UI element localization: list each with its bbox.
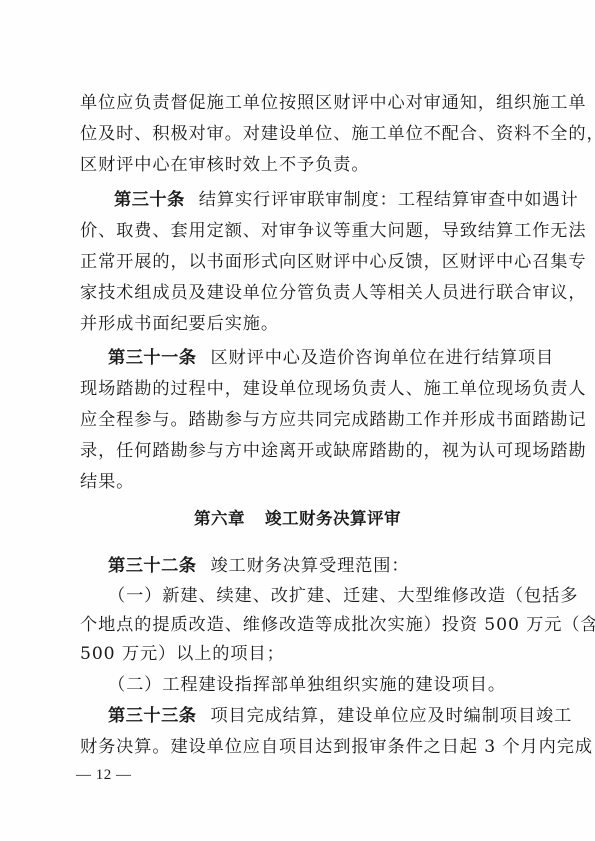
text-line: 位及时、积极对审。对建设单位、施工单位不配合、资料不全的， bbox=[80, 123, 514, 145]
text-line: 正常开展的，以书面形式向区财评中心反馈，区财评中心召集专 bbox=[80, 251, 514, 273]
text-fragment: 项目完成结算，建设单位应及时编制项目竣工 bbox=[210, 706, 572, 726]
chapter-heading: 第六章竣工财务决算评审 bbox=[0, 508, 595, 530]
text-line: （一）新建、续建、改扩建、迁建、大型维修改造（包括多 bbox=[108, 585, 514, 607]
text-line: 应全程参与。踏勘参与方应共同完成踏勘工作并形成书面踏勘记 bbox=[80, 409, 514, 431]
text-line: 区财评中心在审核时效上不予负责。 bbox=[80, 154, 514, 176]
article-number: 第三十三条 bbox=[108, 706, 196, 726]
text-line: 单位应负责督促施工单位按照区财评中心对审通知，组织施工单 bbox=[80, 92, 514, 114]
article-31-first-line: 第三十一条区财评中心及造价咨询单位在进行结算项目 bbox=[108, 347, 514, 369]
text-line: 家技术组成员及建设单位分管负责人等相关人员进行联合审议， bbox=[80, 282, 514, 304]
chapter-title: 竣工财务决算评审 bbox=[265, 509, 401, 528]
article-number: 第三十条 bbox=[114, 190, 185, 210]
document-page: 单位应负责督促施工单位按照区财评中心对审通知，组织施工单 位及时、积极对审。对建… bbox=[0, 0, 595, 841]
text-line: 个地点的提质改造、维修改造等成批次实施）投资 500 万元（含 bbox=[80, 614, 514, 636]
text-line: 500 万元）以上的项目； bbox=[80, 643, 514, 665]
article-30-first-line: 第三十条结算实行评审联审制度：工程结算审查中如遇计 bbox=[114, 189, 514, 211]
text-line: 现场踏勘的过程中，建设单位现场负责人、施工单位现场负责人 bbox=[80, 378, 514, 400]
text-line: 录，任何踏勘参与方中途离开或缺席踏勘的，视为认可现场踏勘 bbox=[80, 440, 514, 462]
text-line: （二）工程建设指挥部单独组织实施的建设项目。 bbox=[108, 674, 514, 696]
text-line: 财务决算。建设单位应自项目达到报审条件之日起 3 个月内完成 bbox=[80, 736, 514, 758]
text-fragment: 结算实行评审联审制度：工程结算审查中如遇计 bbox=[199, 190, 579, 210]
text-fragment: 区财评中心及造价咨询单位在进行结算项目 bbox=[210, 348, 554, 368]
page-number: — 12 — bbox=[76, 765, 132, 785]
text-line: 结果。 bbox=[80, 471, 514, 493]
text-line: 价、取费、套用定额、对审争议等重大问题，导致结算工作无法 bbox=[80, 220, 514, 242]
article-33-first-line: 第三十三条项目完成结算，建设单位应及时编制项目竣工 bbox=[108, 705, 514, 727]
article-number: 第三十二条 bbox=[108, 556, 196, 576]
text-fragment: 竣工财务决算受理范围： bbox=[210, 556, 409, 576]
text-line: 并形成书面纪要后实施。 bbox=[80, 313, 514, 335]
chapter-number: 第六章 bbox=[194, 509, 245, 528]
article-32-first-line: 第三十二条竣工财务决算受理范围： bbox=[108, 555, 514, 577]
article-number: 第三十一条 bbox=[108, 348, 196, 368]
